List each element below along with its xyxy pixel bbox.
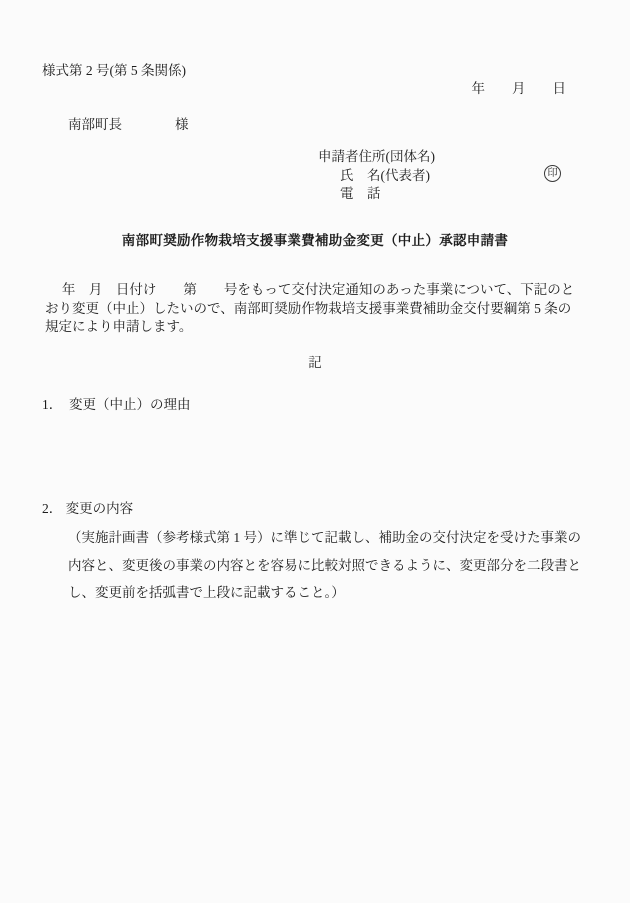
applicant-name-label: 氏 名(代表者) — [340, 167, 435, 186]
section-2-note: （実施計画書（参考様式第 1 号）に準じて記載し、補助金の交付決定を受けた事業の… — [68, 524, 600, 607]
body-paragraph: 年 月 日付け 第 号をもって交付決定通知のあった事業について、下記のと おり変… — [45, 281, 597, 337]
form-number: 様式第 2 号(第 5 条関係) — [42, 62, 186, 81]
addressee-row: 南部町長 様 — [68, 116, 189, 135]
section-2-heading: 2． 変更の内容 — [42, 500, 133, 519]
applicant-phone-label: 電 話 — [340, 185, 435, 204]
addressee-name: 南部町長 — [68, 116, 122, 135]
section-1-heading: 1． 変更（中止）の理由 — [42, 396, 191, 415]
document-title: 南部町奨励作物栽培支援事業費補助金変更（中止）承認申請書 — [0, 232, 630, 251]
application-form-page: 様式第 2 号(第 5 条関係) 年 月 日 南部町長 様 申請者住所(団体名)… — [0, 0, 630, 903]
seal-mark-icon: 印 — [544, 165, 561, 182]
date-blank-line: 年 月 日 — [472, 80, 567, 99]
record-marker: 記 — [0, 354, 630, 373]
applicant-address-label: 申請者住所(団体名) — [318, 148, 435, 167]
addressee-honorific: 様 — [175, 116, 189, 135]
applicant-block: 申請者住所(団体名) 氏 名(代表者) 電 話 — [318, 148, 435, 204]
